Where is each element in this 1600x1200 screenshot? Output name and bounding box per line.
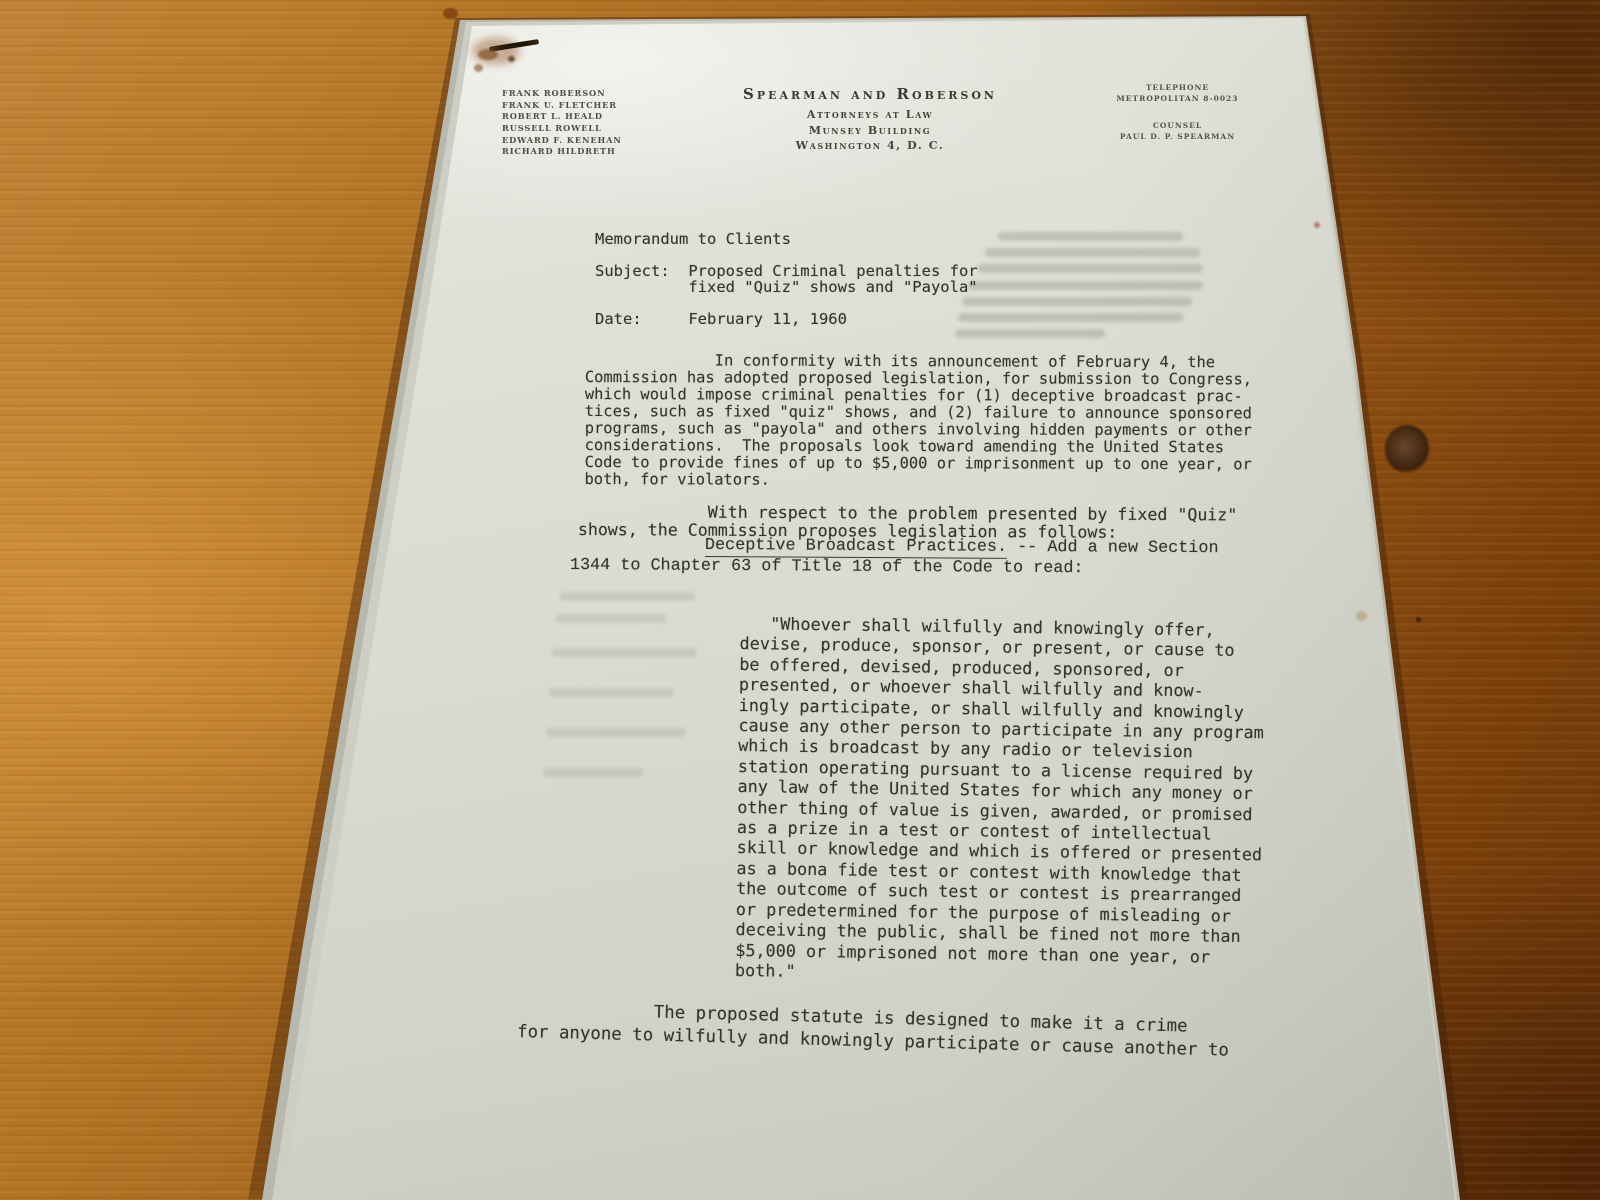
firm-building: Munsey Building <box>690 123 1050 139</box>
section-heading-rest: -- Add a new Section <box>1007 538 1219 558</box>
wood-speck <box>1416 617 1421 622</box>
letterhead-attorney-list: FRANK ROBERSON FRANK U. FLETCHER ROBERT … <box>502 88 622 158</box>
statute-quote: "Whoever shall wilfully and knowingly of… <box>735 613 1265 988</box>
section-heading-underlined: Deceptive Broadcast Practices. <box>705 536 1007 559</box>
bleed-through-text <box>549 688 674 697</box>
bleed-through-text <box>543 768 643 777</box>
firm-city: Washington 4, D. C. <box>690 138 1050 154</box>
bleed-through-text <box>955 329 1105 338</box>
bleed-through-text <box>546 728 686 737</box>
bleed-through-text <box>998 232 1183 241</box>
rust-stain <box>508 56 515 62</box>
bleed-through-text <box>560 592 695 601</box>
bleed-through-text <box>962 297 1192 306</box>
bleed-through-text <box>556 614 666 623</box>
letterhead-contact-block: TELEPHONE METROPOLITAN 8-0023 COUNSEL PA… <box>1075 82 1280 142</box>
bleed-through-text <box>968 281 1203 290</box>
bleed-through-text <box>985 248 1200 257</box>
section-heading: Deceptive Broadcast Practices. -- Add a … <box>705 536 1219 558</box>
rust-speck-paper-edge <box>1314 222 1320 228</box>
counsel-label: COUNSEL <box>1075 120 1280 131</box>
section-heading-line2: 1344 to Chapter 63 of Title 18 of the Co… <box>570 556 1084 578</box>
telephone-label: TELEPHONE <box>1075 82 1280 93</box>
telephone-number: METROPOLITAN 8-0023 <box>1075 93 1280 104</box>
letterhead-firm-block: Spearman and Roberson Attorneys at Law M… <box>690 85 1050 154</box>
paragraph-intro: In conformity with its announcement of F… <box>585 352 1253 490</box>
paper-stain <box>1356 611 1367 621</box>
paragraph-with-respect: With respect to the problem presented by… <box>578 503 1238 542</box>
rust-stain <box>478 49 498 60</box>
firm-name: Spearman and Roberson <box>690 85 1050 103</box>
counsel-name: PAUL D. P. SPEARMAN <box>1075 131 1280 142</box>
firm-subtitle: Attorneys at Law <box>690 107 1050 123</box>
bleed-through-text <box>978 264 1203 273</box>
wood-knot <box>1385 425 1429 473</box>
rust-stain <box>474 64 483 72</box>
bleed-through-text <box>958 313 1183 322</box>
memo-header: Memorandum to Clients Subject: Proposed … <box>595 231 978 327</box>
bleed-through-text <box>552 648 697 657</box>
rust-speck-on-wood <box>443 8 458 19</box>
